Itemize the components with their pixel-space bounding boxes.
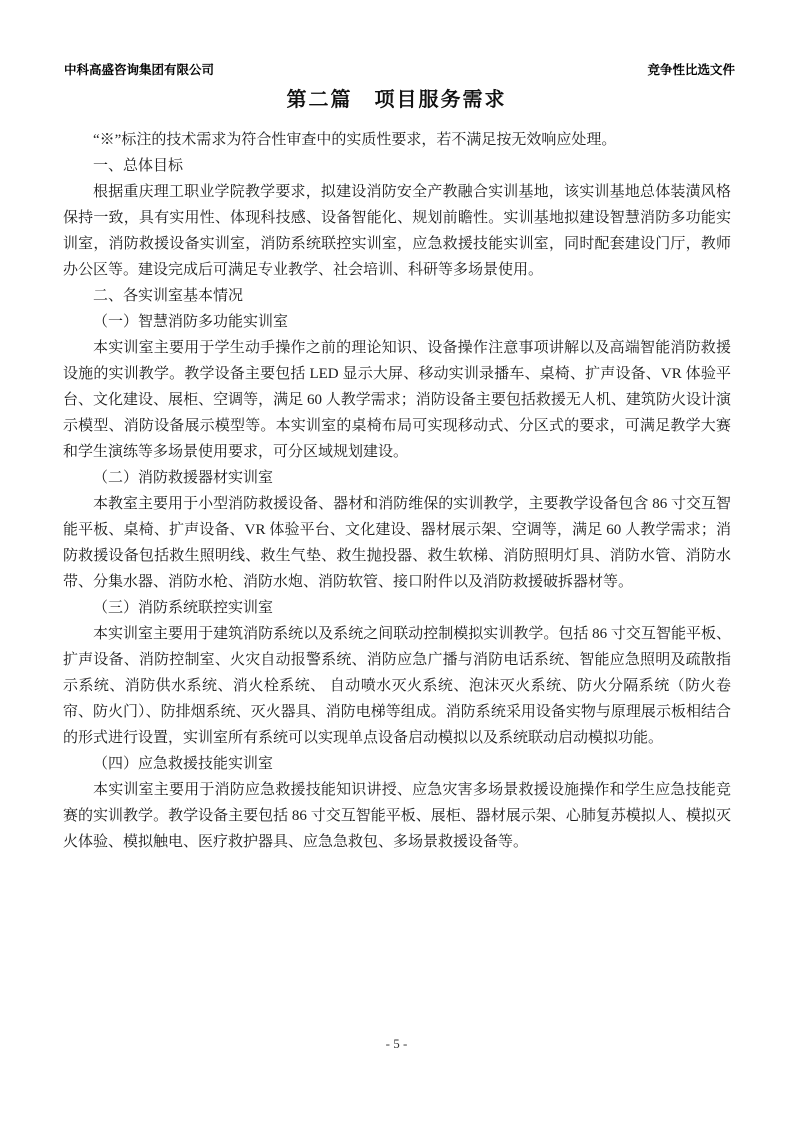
paragraph: 本教室主要用于小型消防救援设备、器材和消防维保的实训教学，主要教学设备包含 86… bbox=[63, 491, 731, 595]
page-title: 第二篇 项目服务需求 bbox=[0, 83, 793, 112]
section-heading-overall-goal: 一、总体目标 bbox=[63, 153, 731, 179]
paragraph: 本实训室主要用于建筑消防系统以及系统之间联动控制模拟实训教学。包括 86 寸交互… bbox=[63, 621, 731, 751]
header-doc-type: 竞争性比选文件 bbox=[647, 60, 735, 78]
section-heading-room-1: （一）智慧消防多功能实训室 bbox=[63, 309, 731, 335]
paragraph-note: “※”标注的技术需求为符合性审查中的实质性要求，若不满足按无效响应处理。 bbox=[63, 127, 731, 153]
page-header: 中科高盛咨询集团有限公司 竞争性比选文件 bbox=[64, 60, 735, 78]
document-body: “※”标注的技术需求为符合性审查中的实质性要求，若不满足按无效响应处理。 一、总… bbox=[63, 127, 731, 855]
section-heading-room-3: （三）消防系统联控实训室 bbox=[63, 595, 731, 621]
document-page: 中科高盛咨询集团有限公司 竞争性比选文件 第二篇 项目服务需求 “※”标注的技术… bbox=[0, 0, 793, 1122]
section-heading-room-2: （二）消防救援器材实训室 bbox=[63, 465, 731, 491]
page-number: - 5 - bbox=[0, 1036, 793, 1052]
section-heading-room-overview: 二、各实训室基本情况 bbox=[63, 283, 731, 309]
header-company-name: 中科高盛咨询集团有限公司 bbox=[64, 60, 214, 78]
paragraph: 根据重庆理工职业学院教学要求，拟建设消防安全产教融合实训基地，该实训基地总体装潢… bbox=[63, 179, 731, 283]
paragraph: 本实训室主要用于学生动手操作之前的理论知识、设备操作注意事项讲解以及高端智能消防… bbox=[63, 335, 731, 465]
section-heading-room-4: （四）应急救援技能实训室 bbox=[63, 751, 731, 777]
paragraph: 本实训室主要用于消防应急救援技能知识讲授、应急灾害多场景救援设施操作和学生应急技… bbox=[63, 777, 731, 855]
